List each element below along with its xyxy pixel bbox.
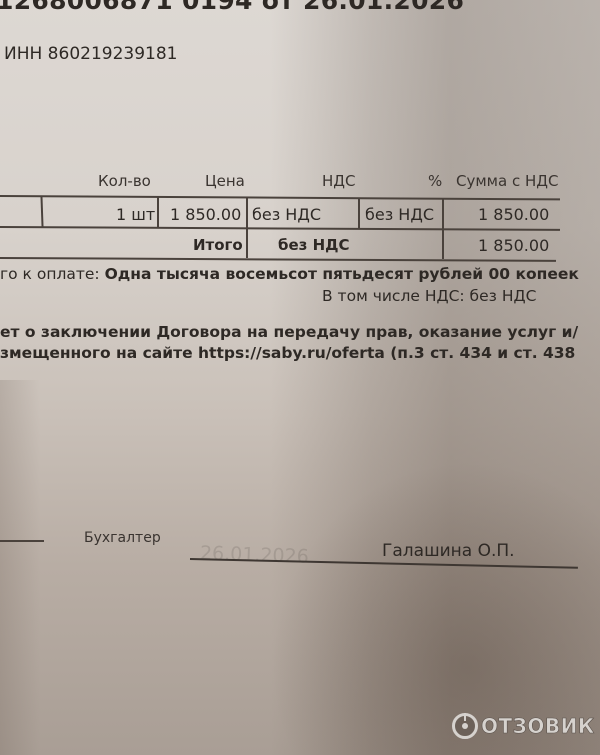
column-header-sum-with-vat: Сумма с НДС	[456, 172, 558, 190]
table-border	[40, 196, 43, 227]
watermark-text: ОТЗОВИК	[481, 714, 595, 738]
amount-in-words-prefix: го к оплате:	[0, 265, 105, 283]
faint-stamp: 26.01.2026	[200, 542, 309, 568]
table-border	[0, 226, 560, 230]
table-border	[246, 197, 248, 258]
table-border	[0, 195, 560, 200]
photo-shadow-left	[0, 380, 40, 755]
cell-vat-percent: без НДС	[365, 205, 434, 224]
amount-in-words-text: Одна тысяча восемьсот пятьдесят рублей 0…	[105, 265, 579, 283]
cell-vat: без НДС	[252, 205, 321, 224]
table-border	[442, 198, 444, 259]
photo-shadow	[270, 460, 600, 755]
document-number: 1268006871 0194 от 26.01.2026	[0, 0, 464, 15]
column-header-vat-percent: %	[428, 172, 442, 190]
vat-included: В том числе НДС: без НДС	[322, 287, 536, 305]
total-sum: 1 850.00	[478, 236, 549, 255]
signature-line-left	[0, 540, 44, 542]
column-header-vat: НДС	[322, 172, 355, 190]
cell-price: 1 850.00	[170, 205, 241, 224]
offer-line-2: змещенного на сайте https://saby.ru/ofer…	[0, 344, 575, 362]
amount-in-words: го к оплате: Одна тысяча восемьсот пятьд…	[0, 265, 579, 283]
total-label: Итого	[193, 236, 243, 254]
inn: ИНН 860219239181	[4, 44, 177, 64]
offer-line-1: ет о заключении Договора на передачу пра…	[0, 323, 578, 341]
column-header-price: Цена	[205, 172, 245, 190]
watermark: ОТЗОВИК	[452, 713, 595, 739]
otzovik-logo-icon	[452, 713, 478, 739]
cell-qty: 1 шт	[116, 205, 155, 224]
table-border	[0, 257, 556, 261]
total-vat: без НДС	[278, 236, 350, 254]
accountant-label: Бухгалтер	[84, 530, 161, 546]
cell-sum-with-vat: 1 850.00	[478, 205, 549, 224]
accountant-name: Галашина О.П.	[382, 541, 515, 561]
column-header-qty: Кол-во	[98, 172, 151, 190]
table-border	[358, 198, 360, 228]
table-border	[157, 196, 159, 227]
